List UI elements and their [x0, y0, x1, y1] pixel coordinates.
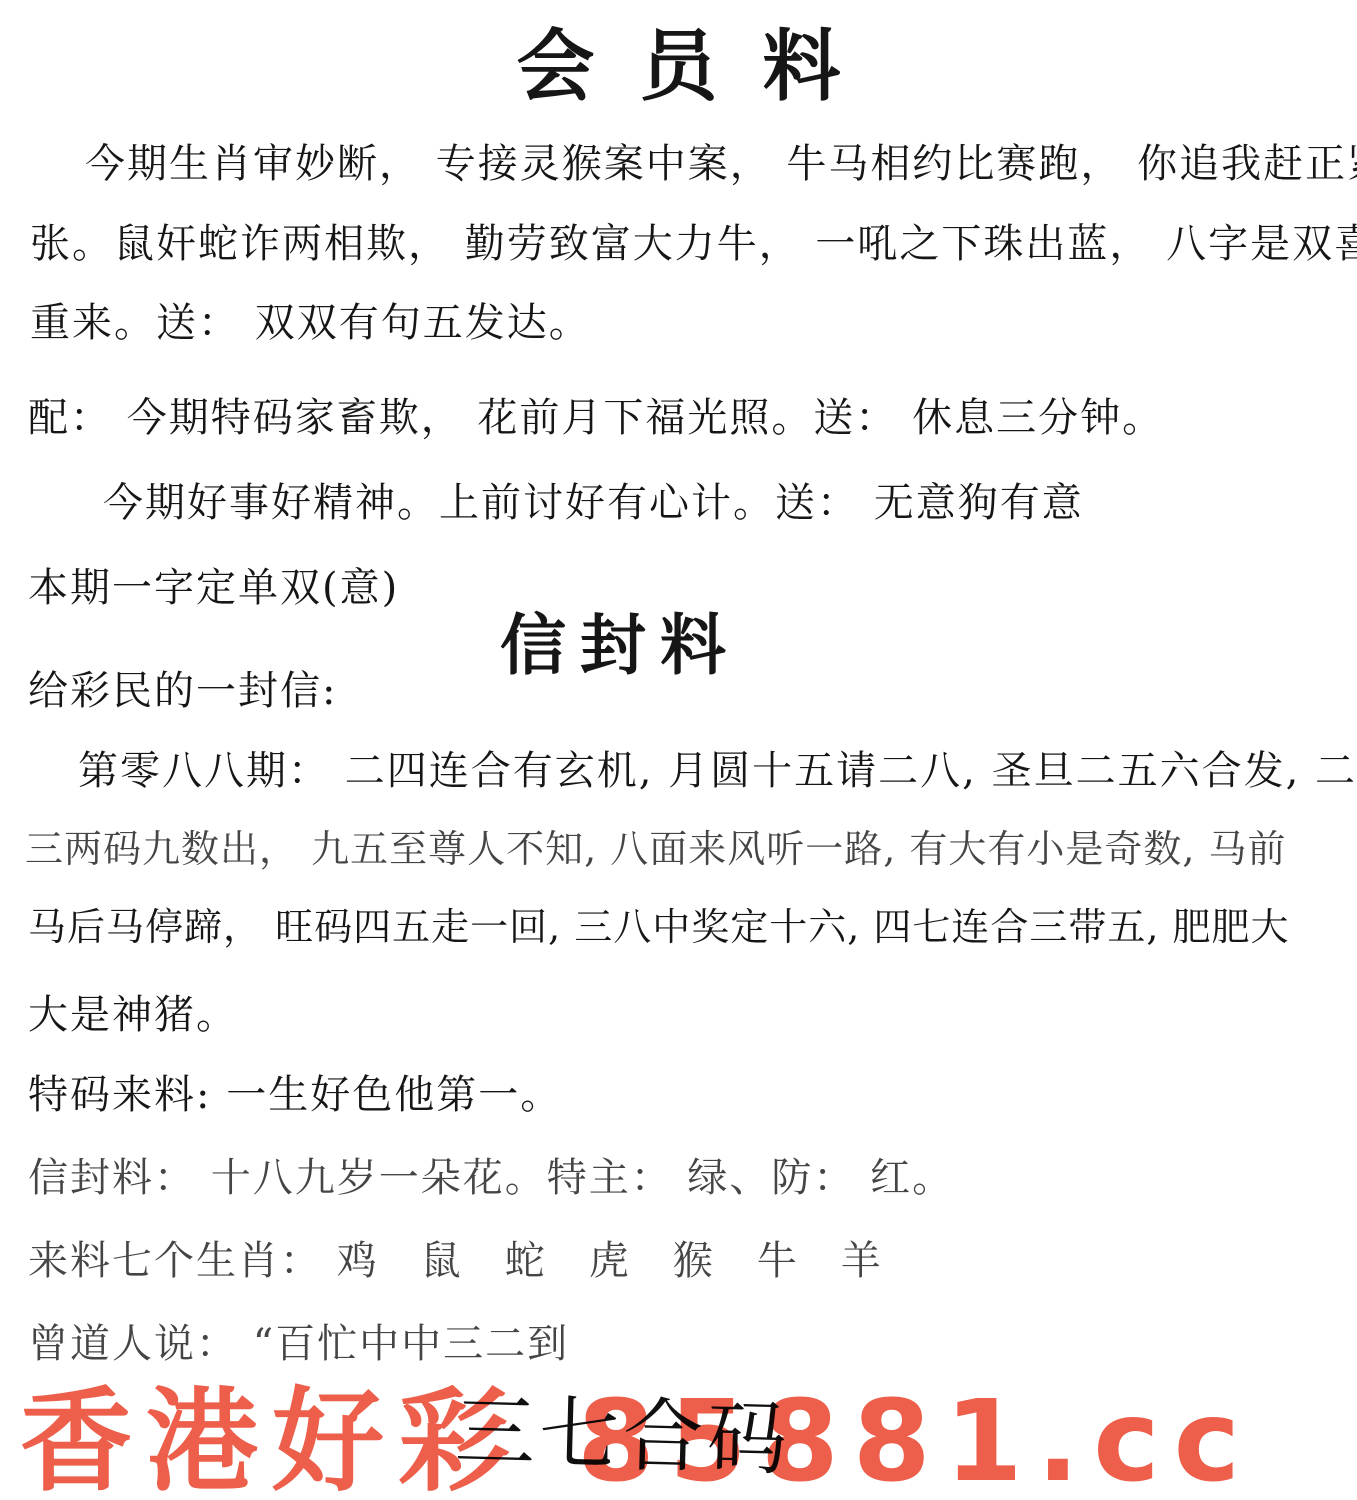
special-code-line: 特码来料: 一生好色他第一。 [28, 1072, 562, 1118]
member-spirit-line: 今期好事好精神。上前讨好有心计。送： 无意狗有意 [103, 480, 1084, 526]
envelope-paragraph-line-3: 马后马停蹄， 旺码四五走一回, 三八中奖定十六, 四七连合三带五, 肥肥大 [28, 906, 1290, 950]
member-section-title: 会员料 [0, 22, 1357, 112]
envelope-intro-line: 给彩民的一封信: [28, 668, 337, 714]
envelope-tip-line: 信封料： 十八九岁一朵花。特主： 绿、防： 红。 [28, 1155, 954, 1201]
member-paragraph-line-3: 重来。送： 双双有句五发达。 [30, 300, 591, 346]
envelope-paragraph-line-1: 第零八八期： 二四连合有玄机, 月圆十五请二八, 圣旦二五六合发, 二 [78, 748, 1357, 794]
member-paragraph-line-2: 张。鼠奸蛇诈两相欺， 勤劳致富大力牛， 一吼之下珠出蓝， 八字是双喜 [30, 221, 1357, 267]
envelope-paragraph-line-4: 大是神猪。 [28, 992, 238, 1038]
zodiac-line: 来料七个生肖： 鸡 鼠 蛇 虎 猴 牛 羊 [28, 1238, 883, 1284]
member-odd-even-line: 本期一字定单双(意) [28, 565, 399, 611]
site-watermark: 香港好彩 85881.cc [20, 1378, 1254, 1500]
envelope-paragraph-line-2: 三两码九数出， 九五至尊人不知, 八面来风听一路, 有大有小是奇数, 马前 [25, 828, 1287, 872]
envelope-section-title: 信封料 [500, 608, 740, 684]
member-pei-line: 配： 今期特码家畜欺， 花前月下福光照。送： 休息三分钟。 [28, 395, 1164, 441]
document-page: 会员料 今期生肖审妙断， 专接灵猴案中案， 牛马相约比赛跑， 你追我赶正紧 张。… [0, 0, 1357, 1500]
member-paragraph-line-1: 今期生肖审妙断， 专接灵猴案中案， 牛马相约比赛跑， 你追我赶正紧 [85, 141, 1357, 187]
quote-line: 曾道人说： “百忙中中三二到 [28, 1321, 569, 1367]
